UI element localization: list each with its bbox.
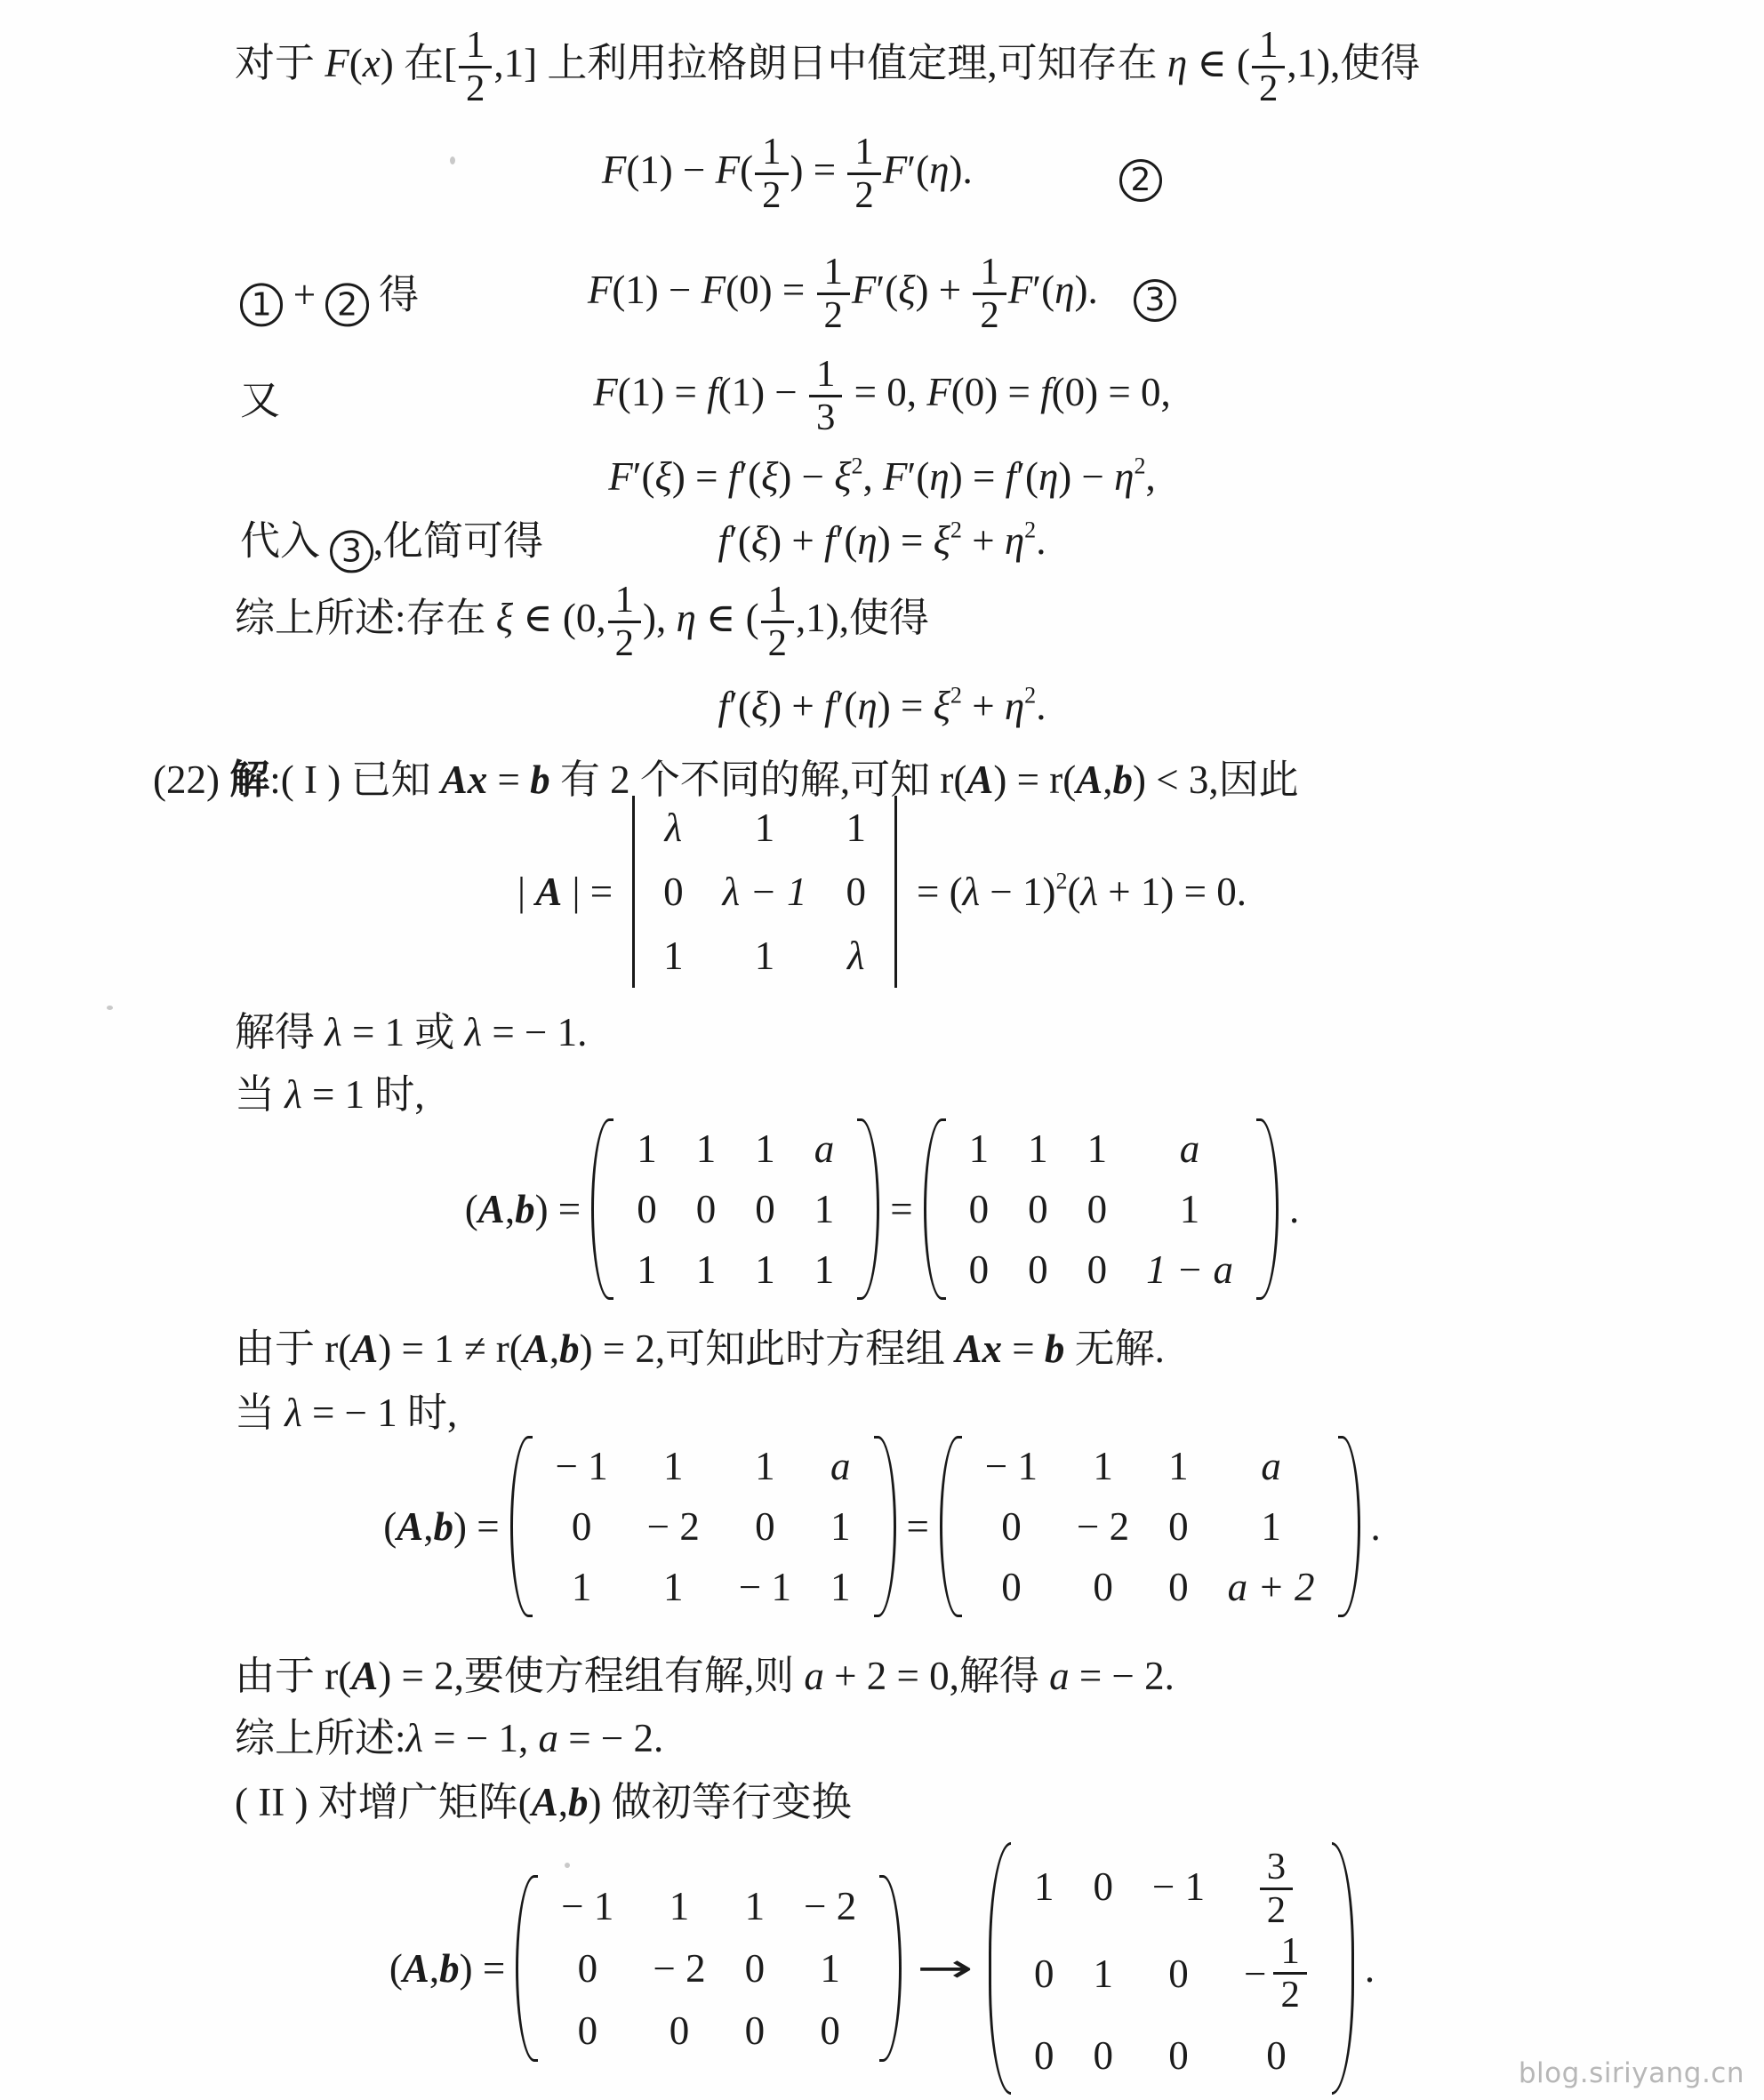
para-conclusion-text: 综上所述:存在 ξ ∈ (0,12), η ∈ (12,1),使得 (235, 596, 929, 640)
eq-mvt-eta: F(1) − F(12) = 12F′(η).2 (0, 132, 1764, 216)
matrix-rowred-rref: 10− 132010−120000 (989, 1842, 1354, 2095)
matrix-neg1-reduced: − 111a0− 201000a + 2 (940, 1436, 1360, 1617)
matrix-rowred-original: − 111− 20− 2010000 (516, 1875, 902, 2062)
eq-aug1-period: . (1289, 1186, 1299, 1232)
eq-row-reduction: (A,b) = − 111− 20− 2010000 → 10− 132010−… (0, 1842, 1764, 2095)
eq-F-prime-values: F′(ξ) = f′(ξ) − ξ2, F′(η) = f′(η) − η2, (0, 453, 1764, 500)
eq-substitute-math: f′(ξ) + f′(η) = ξ2 + η2. (718, 517, 1046, 564)
matrix-lambda1-reduced: 111a00010001 − a (924, 1118, 1279, 1300)
scan-artifact-dot (565, 1863, 570, 1868)
eq-augmented-lambda-neg1: (A,b) = − 111a0− 20111− 11 = − 111a0− 20… (0, 1436, 1764, 1617)
para-part2-row-transform: ( II ) 对增广矩阵(A,b) 做初等行变换 (0, 1769, 1764, 1827)
eq-rowred-lhs: (A,b) = (389, 1945, 505, 1992)
eq-sum-label: 1 + 2 得 (240, 261, 419, 326)
para-lagrange-mvt: 对于 F(x) 在[12,1] 上利用拉格朗日中值定理,可知存在 η ∈ (12… (0, 25, 1764, 109)
para-no-solution-text: 由于 r(A) = 1 ≠ r(A,b) = 2,可知此时方程组 Ax = b … (235, 1327, 1165, 1371)
eq-F-values-math: F(1) = f(1) − 13 = 0, F(0) = f(0) = 0, (593, 354, 1170, 438)
eq-F-prime-math: F′(ξ) = f′(ξ) − ξ2, F′(η) = f′(η) − η2, (608, 453, 1156, 500)
watermark: blog.siriyang.cn (1519, 2057, 1744, 2089)
scan-artifact-dot (450, 156, 455, 164)
para-solve-a-text: 由于 r(A) = 2,要使方程组有解,则 a + 2 = 0,解得 a = −… (235, 1654, 1175, 1698)
para-summary-lambda-a: 综上所述:λ = − 1, a = − 2. (0, 1705, 1764, 1763)
eq-det-lhs: | A | = (517, 869, 613, 915)
scan-artifact-dot (107, 1006, 113, 1010)
eq-aug1-lhs: (A,b) = (465, 1186, 581, 1232)
para-case-lambda-neg1-text: 当 λ = − 1 时, (235, 1391, 457, 1435)
eq-aug2-lhs: (A,b) = (383, 1503, 499, 1550)
eq-sum-of-1-and-2: 1 + 2 得 F(1) − F(0) = 12F′(ξ) + 12F′(η).… (0, 252, 1764, 336)
para-no-solution: 由于 r(A) = 1 ≠ r(A,b) = 2,可知此时方程组 Ax = b … (0, 1316, 1764, 1374)
scanned-solution-page: 对于 F(x) 在[12,1] 上利用拉格朗日中值定理,可知存在 η ∈ (12… (0, 0, 1764, 2100)
eq-substitute-into-3: 代入 3,化简可得 f′(ξ) + f′(η) = ξ2 + η2. (0, 517, 1764, 564)
eq-F-values-label: 又 (240, 367, 280, 425)
eq-substitute-label: 代入 3,化简可得 (240, 508, 543, 573)
eq-aug2-equals: = (907, 1503, 929, 1550)
eq-rowred-period: . (1365, 1945, 1375, 1992)
eq-det-rhs: = (λ − 1)2(λ + 1) = 0. (917, 869, 1247, 915)
para-summary-text: 综上所述:λ = − 1, a = − 2. (235, 1716, 663, 1760)
eq-mvt-eta-math: F(1) − F(12) = 12F′(η).2 (602, 132, 1162, 216)
para-conclusion-exists: 综上所述:存在 ξ ∈ (0,12), η ∈ (12,1),使得 (0, 580, 1764, 664)
matrix-lambda1-original: 111a00011111 (591, 1118, 879, 1300)
eq-final-math: f′(ξ) + f′(η) = ξ2 + η2. (718, 683, 1046, 729)
para-case-lambda-1-text: 当 λ = 1 时, (235, 1072, 425, 1117)
para-case-lambda-neg1: 当 λ = − 1 时, (0, 1380, 1764, 1438)
determinant-A-matrix: λ110λ − 1011λ (623, 796, 906, 988)
matrix-neg1-original: − 111a0− 20111− 11 (510, 1436, 896, 1617)
para-case-lambda-1: 当 λ = 1 时, (0, 1062, 1764, 1119)
para-lambda-solutions: 解得 λ = 1 或 λ = − 1. (0, 999, 1764, 1057)
eq-F-boundary-values: 又 F(1) = f(1) − 13 = 0, F(0) = f(0) = 0, (0, 354, 1764, 438)
eq-sum-math: F(1) − F(0) = 12F′(ξ) + 12F′(η).3 (588, 252, 1176, 336)
para-solve-a: 由于 r(A) = 2,要使方程组有解,则 a + 2 = 0,解得 a = −… (0, 1643, 1764, 1701)
rightwards-arrow-icon: → (912, 1944, 978, 1992)
eq-aug1-equals: = (890, 1186, 912, 1232)
para-lambda-solutions-text: 解得 λ = 1 或 λ = − 1. (235, 1010, 587, 1054)
para-lagrange-mvt-text: 对于 F(x) 在[12,1] 上利用拉格朗日中值定理,可知存在 η ∈ (12… (235, 41, 1420, 85)
eq-aug2-period: . (1371, 1503, 1381, 1550)
eq-determinant-A: | A | = λ110λ − 1011λ = (λ − 1)2(λ + 1) … (0, 796, 1764, 988)
eq-augmented-lambda1: (A,b) = 111a00011111 = 111a00010001 − a … (0, 1118, 1764, 1300)
para-part2-text: ( II ) 对增广矩阵(A,b) 做初等行变换 (235, 1780, 852, 1824)
eq-final-conclusion: f′(ξ) + f′(η) = ξ2 + η2. (0, 683, 1764, 729)
